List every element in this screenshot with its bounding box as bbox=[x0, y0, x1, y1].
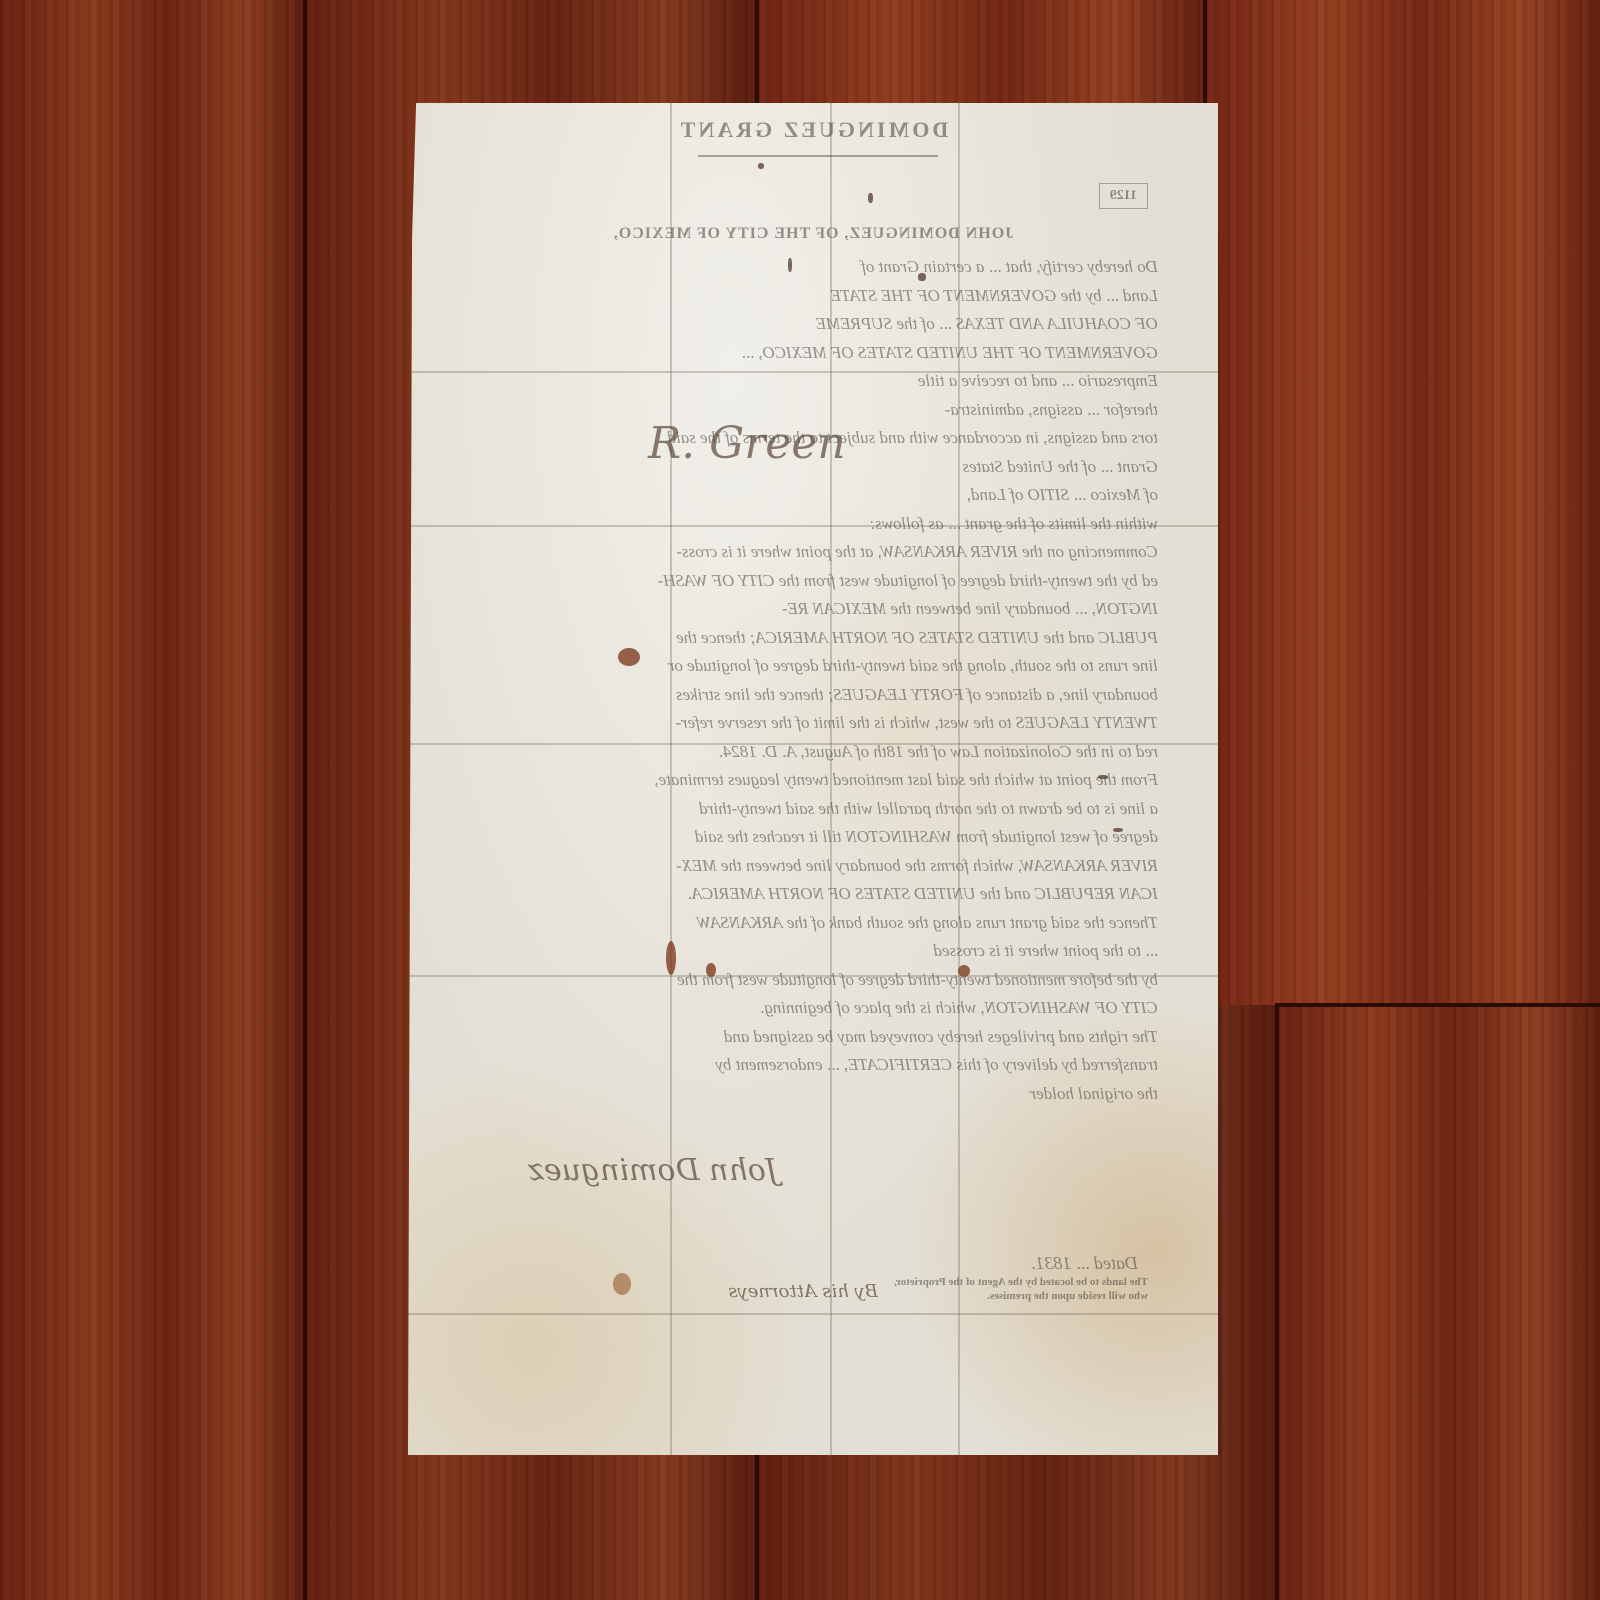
body-line: The rights and privileges hereby conveye… bbox=[468, 1023, 1158, 1052]
body-line: Empresario ... and to receive a title bbox=[468, 367, 1158, 396]
floor-plank bbox=[1277, 1005, 1600, 1600]
signature-dominguez: John Dominguez bbox=[528, 1153, 778, 1188]
body-line: From the point at which the said last me… bbox=[468, 766, 1158, 795]
floor-plank bbox=[1205, 0, 1600, 1005]
body-line: of Mexico ... SITIO of Land, bbox=[468, 481, 1158, 510]
document-body: Do hereby certify, that ... a certain Gr… bbox=[468, 253, 1158, 1108]
land-grant-certificate: DOMINGUEZ GRANT 1129 JOHN DOMINGUEZ, OF … bbox=[408, 103, 1218, 1455]
body-line: ICAN REPUBLIC and the UNITED STATES OF N… bbox=[468, 880, 1158, 909]
mirrored-print: DOMINGUEZ GRANT 1129 JOHN DOMINGUEZ, OF … bbox=[468, 103, 1158, 1455]
stain bbox=[618, 648, 640, 666]
attorney-line: By his Attorneys bbox=[728, 1281, 878, 1302]
body-line: Thence the said grant runs along the sou… bbox=[468, 909, 1158, 938]
stain bbox=[613, 1273, 631, 1295]
stain bbox=[666, 941, 676, 975]
ink-spot bbox=[918, 273, 926, 281]
plank-seam bbox=[1275, 1003, 1279, 1600]
body-line: red to in the Colonization Law of the 18… bbox=[468, 738, 1158, 767]
body-line: GOVERNMENT OF THE UNITED STATES OF MEXIC… bbox=[468, 339, 1158, 368]
body-line: transferred by delivery of this CERTIFIC… bbox=[468, 1051, 1158, 1080]
document-heading: JOHN DOMINGUEZ, OF THE CITY OF MEXICO, bbox=[468, 225, 1158, 243]
ink-spot bbox=[758, 163, 764, 169]
stain bbox=[706, 963, 716, 977]
document-title: DOMINGUEZ GRANT bbox=[468, 117, 1158, 143]
footnote-line: The lands to be located by the Agent of … bbox=[894, 1275, 1148, 1289]
body-line: within the limits of the grant ... as fo… bbox=[468, 510, 1158, 539]
footnote: The lands to be located by the Agent of … bbox=[894, 1275, 1148, 1303]
body-line: Commencing on the RIVER ARKANSAW, at the… bbox=[468, 538, 1158, 567]
body-line: Land ... by the GOVERNMENT OF THE STATE bbox=[468, 282, 1158, 311]
body-line: CITY OF WASHINGTON, which is the place o… bbox=[468, 994, 1158, 1023]
body-line: OF COAHUILA AND TEXAS ... of the SUPREME bbox=[468, 310, 1158, 339]
body-line: degree of west longitude from WASHINGTON… bbox=[468, 823, 1158, 852]
body-line: a line is to be drawn to the north paral… bbox=[468, 795, 1158, 824]
certificate-number: 1129 bbox=[1099, 183, 1148, 209]
body-line: line runs to the south, along the said t… bbox=[468, 652, 1158, 681]
plank-seam bbox=[303, 0, 307, 1600]
floor-plank bbox=[0, 0, 305, 1600]
ink-spot bbox=[788, 258, 792, 272]
body-line: by the before mentioned twenty-third deg… bbox=[468, 966, 1158, 995]
signature-green: R. Green bbox=[648, 418, 846, 469]
stain bbox=[958, 965, 970, 977]
body-line: boundary line, a distance of FORTY LEAGU… bbox=[468, 681, 1158, 710]
body-line: Do hereby certify, that ... a certain Gr… bbox=[468, 253, 1158, 282]
body-line: TWENTY LEAGUES to the west, which is the… bbox=[468, 709, 1158, 738]
footnote-line: who will reside upon the premises. bbox=[894, 1289, 1148, 1303]
body-line: PUBLIC and the UNITED STATES OF NORTH AM… bbox=[468, 624, 1158, 653]
body-line: INGTON, ... boundary line between the ME… bbox=[468, 595, 1158, 624]
body-line: ... to the point where it is crossed bbox=[468, 937, 1158, 966]
body-line: ed by the twenty-third degree of longitu… bbox=[468, 567, 1158, 596]
body-line: RIVER ARKANSAW, which forms the boundary… bbox=[468, 852, 1158, 881]
ink-spot bbox=[1113, 828, 1123, 832]
ink-spot bbox=[868, 193, 873, 203]
ink-spot bbox=[1098, 775, 1108, 779]
title-rule bbox=[698, 155, 938, 157]
dated-line: Dated ... 1831. bbox=[1031, 1253, 1138, 1274]
body-line: the original holder bbox=[468, 1080, 1158, 1109]
plank-seam bbox=[1275, 1003, 1600, 1007]
